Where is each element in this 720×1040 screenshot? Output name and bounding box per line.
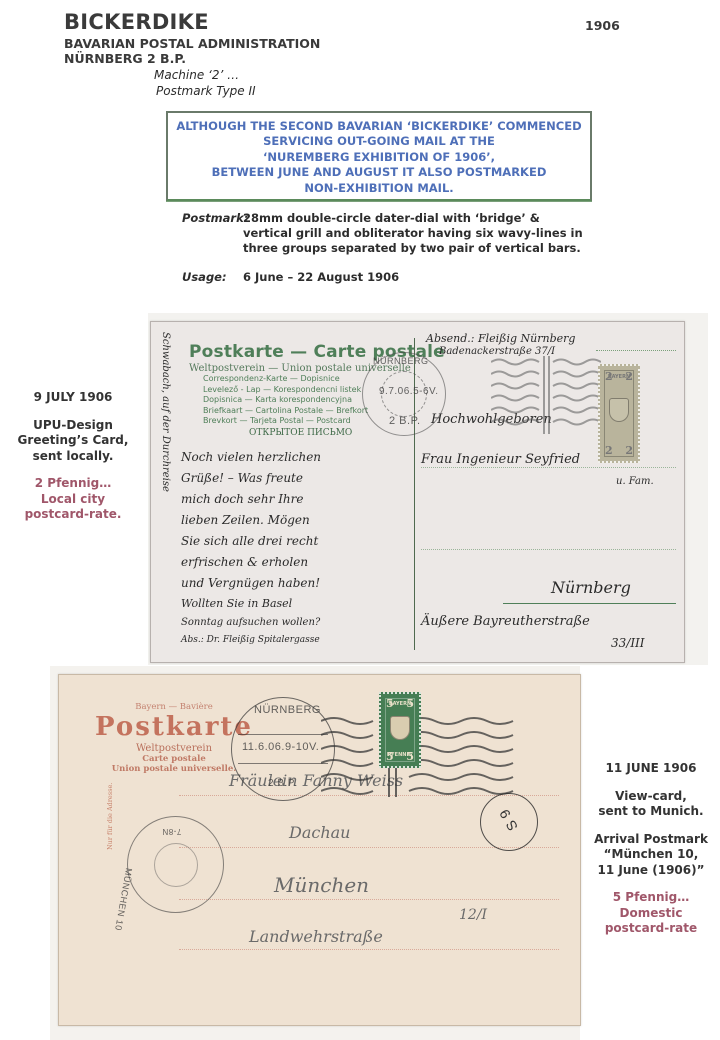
usage-dates: 6 June – 22 August 1906 [243,270,399,284]
notice-line: ALTHOUGH THE SECOND BAVARIAN ‘BICKERDIKE… [168,119,590,134]
page-year: 1906 [585,18,620,33]
notice-text: ALTHOUGH THE SECOND BAVARIAN ‘BICKERDIKE… [168,119,590,196]
card2-date: 11 JUNE 1906 [582,761,720,777]
postcard-view-card: Bayern — Bavière Postkarte Weltpostverei… [58,674,581,1026]
card1-rate: 2 Pfennig… Local city postcard-rate. [0,476,146,523]
address-line [421,467,676,468]
postmark-type-label: Postmark Type II [156,84,256,98]
card2-postmark-date: 11.6.06.9-10V. [242,741,319,753]
card1-description: UPU-Design Greeting’s Card, sent locally… [0,418,146,465]
arrival-postmark: MÜNCHEN 10 7-8N [127,816,224,913]
address-line [596,350,676,351]
bavarian-arms-icon [390,716,410,740]
notice-line: NON-EXHIBITION MAIL. [168,181,590,196]
card2-postmark-dial: NÜRNBERG 11.6.06.9-10V. 2 B.P. [231,697,335,801]
delivery-mark: S 9 [480,793,538,851]
address-line [503,603,676,604]
card1-postmark-date: 9.7.06.5-6V. [379,386,439,397]
address-line [179,949,559,950]
margin-note: Schwabach, auf der Durchreise [160,332,171,492]
address-line [179,899,559,900]
card2-annotation: 11 JUNE 1906 View-card, sent to Munich. … [582,761,720,937]
card1-obliterator-icon [491,356,601,436]
postcard-upu-greeting: Schwabach, auf der Durchreise Postkarte … [150,321,685,663]
card2-arrival-note: Arrival Postmark “München 10, 11 June (1… [582,832,720,879]
postmark-description: 28mm double-circle dater-dial with ‘brid… [243,211,583,256]
usage-label: Usage: [182,270,227,284]
stamp-2-pfennig: 2 2 BAYERN 2 2 [598,364,640,463]
notice-box: ALTHOUGH THE SECOND BAVARIAN ‘BICKERDIKE… [166,111,592,201]
notice-line: ‘NUREMBERG EXHIBITION OF 1906’, [168,150,590,165]
card2-rate: 5 Pfennig… Domestic postcard-rate [582,890,720,937]
machine-label: Machine ‘2’ … [154,68,239,82]
notice-line: SERVICING OUT-GOING MAIL AT THE [168,134,590,149]
postmark-label: Postmark: [182,211,248,225]
card1-annotation: 9 JULY 1906 UPU-Design Greeting’s Card, … [0,390,146,523]
address-only-note: Nur für die Adresse. [106,783,114,850]
card1-postmark-dial: NÜRNBERG 9.7.06.5-6V. 2 B.P. [362,352,446,436]
page-subtitle-office: NÜRNBERG 2 B.P. [64,51,186,66]
card1-date: 9 JULY 1906 [0,390,146,406]
page-title: BICKERDIKE [64,10,209,34]
card2-kingdom: Bayern — Bavière [89,702,259,712]
card2-description: View-card, sent to Munich. [582,789,720,820]
stamp-5-pfennig: 5 5 BAYERN PFENNIG 5 5 [379,692,421,768]
notice-line: BETWEEN JUNE AND AUGUST IT ALSO POSTMARK… [168,165,590,180]
bavarian-arms-icon [609,398,629,422]
address-line [421,549,676,550]
page-subtitle-administration: BAVARIAN POSTAL ADMINISTRATION [64,36,320,51]
